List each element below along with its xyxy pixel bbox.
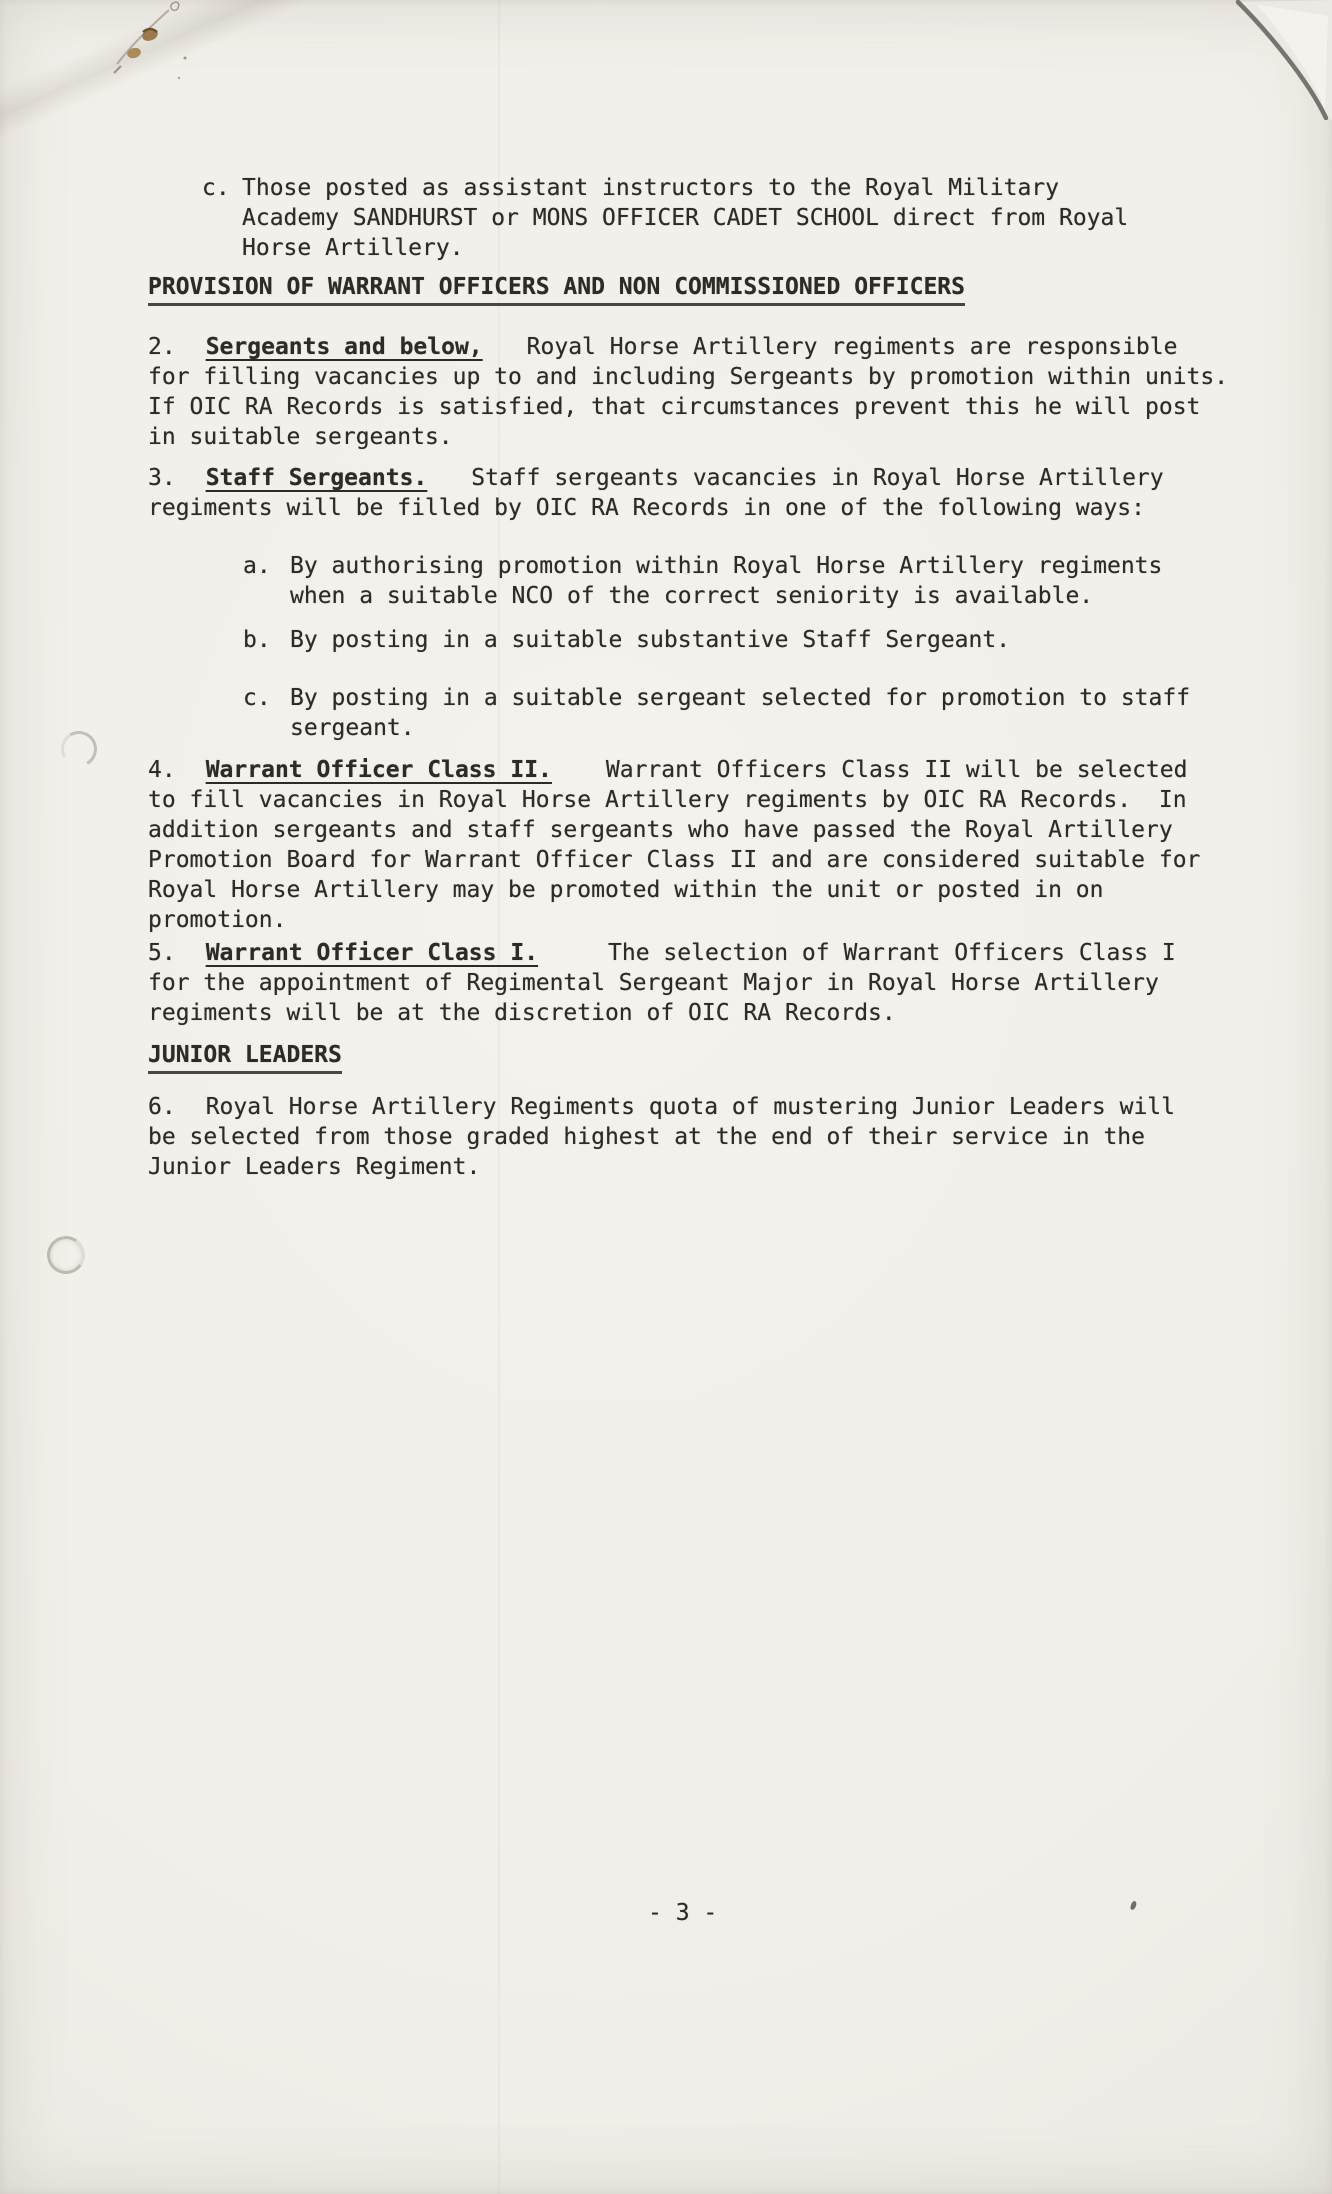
subitem-b: b.By posting in a suitable substantive S… xyxy=(243,625,1010,655)
paragraph-line: Warrant Officers Class II will be select… xyxy=(606,757,1188,783)
hole-punch-mark xyxy=(44,1233,88,1277)
section-heading-text: PROVISION OF WARRANT OFFICERS AND NON CO… xyxy=(148,272,965,306)
item-label: c. xyxy=(202,173,230,203)
page-number: - 3 - xyxy=(648,1898,717,1928)
paragraph-number: 2. xyxy=(148,334,176,360)
hole-punch-mark xyxy=(57,727,101,771)
carryover-item-c: c.Those posted as assistant instructors … xyxy=(202,173,1128,263)
paragraph-line: in suitable sergeants. xyxy=(148,422,1228,452)
paragraph-line: addition sergeants and staff sergeants w… xyxy=(148,815,1200,845)
paragraph-line: to fill vacancies in Royal Horse Artille… xyxy=(148,785,1200,815)
subitem-a: a.By authorising promotion within Royal … xyxy=(243,551,1162,611)
section-heading-provision: PROVISION OF WARRANT OFFICERS AND NON CO… xyxy=(148,272,965,306)
item-label: b. xyxy=(243,625,271,655)
paragraph-line: Royal Horse Artillery regiments are resp… xyxy=(527,334,1178,360)
item-line: Academy SANDHURST or MONS OFFICER CADET … xyxy=(242,203,1128,233)
paragraph-line: promotion. xyxy=(148,905,1200,935)
paragraph-number: 3. xyxy=(148,465,176,491)
paragraph-2-sergeants-and-below: 2.Sergeants and below,Royal Horse Artill… xyxy=(148,332,1228,452)
paragraph-number: 6. xyxy=(148,1094,176,1120)
subitem-c: c.By posting in a suitable sergeant sele… xyxy=(243,683,1190,743)
paragraph-title: Staff Sergeants. xyxy=(206,465,428,491)
paragraph-line: Junior Leaders Regiment. xyxy=(148,1152,1175,1182)
item-line: Those posted as assistant instructors to… xyxy=(242,175,1059,201)
paragraph-number: 4. xyxy=(148,757,176,783)
scanned-document-page: c.Those posted as assistant instructors … xyxy=(0,0,1332,2194)
item-line: Horse Artillery. xyxy=(242,233,1128,263)
paragraph-line: be selected from those graded highest at… xyxy=(148,1122,1175,1152)
paragraph-line: Promotion Board for Warrant Officer Clas… xyxy=(148,845,1200,875)
paragraph-title: Warrant Officer Class I. xyxy=(206,940,538,966)
paragraph-line: regiments will be at the discretion of O… xyxy=(148,998,1176,1028)
folded-corner xyxy=(1224,0,1332,120)
paragraph-6-junior-leaders: 6.Royal Horse Artillery Regiments quota … xyxy=(148,1092,1175,1182)
paragraph-line: The selection of Warrant Officers Class … xyxy=(608,940,1176,966)
paragraph-line: If OIC RA Records is satisfied, that cir… xyxy=(148,392,1228,422)
paragraph-line: Royal Horse Artillery may be promoted wi… xyxy=(148,875,1200,905)
item-line: By posting in a suitable sergeant select… xyxy=(290,685,1190,711)
paragraph-title: Sergeants and below, xyxy=(206,334,483,360)
paragraph-title: Warrant Officer Class II. xyxy=(206,757,552,783)
item-line: By authorising promotion within Royal Ho… xyxy=(290,553,1162,579)
paragraph-line: for filling vacancies up to and includin… xyxy=(148,362,1228,392)
item-line: sergeant. xyxy=(290,713,1190,743)
paragraph-line: Staff sergeants vacancies in Royal Horse… xyxy=(471,465,1163,491)
paragraph-5-warrant-officer-class-i: 5.Warrant Officer Class I.The selection … xyxy=(148,938,1176,1028)
paragraph-line: Royal Horse Artillery Regiments quota of… xyxy=(206,1094,1175,1120)
paragraph-number: 5. xyxy=(148,940,176,966)
page-number-text: - 3 - xyxy=(648,1898,717,1928)
paragraph-3-staff-sergeants: 3.Staff Sergeants.Staff sergeants vacanc… xyxy=(148,463,1164,523)
stray-ink-speck xyxy=(1130,1900,1138,1910)
paragraph-line: regiments will be filled by OIC RA Recor… xyxy=(148,493,1164,523)
item-label: a. xyxy=(243,551,271,581)
section-heading-junior-leaders: JUNIOR LEADERS xyxy=(148,1040,342,1074)
paragraph-4-warrant-officer-class-ii: 4.Warrant Officer Class II.Warrant Offic… xyxy=(148,755,1200,935)
section-heading-text: JUNIOR LEADERS xyxy=(148,1040,342,1074)
item-line: when a suitable NCO of the correct senio… xyxy=(290,581,1162,611)
item-label: c. xyxy=(243,683,271,713)
staple-rust-and-pencil-marks xyxy=(95,0,225,95)
paragraph-line: for the appointment of Regimental Sergea… xyxy=(148,968,1176,998)
item-line: By posting in a suitable substantive Sta… xyxy=(290,627,1010,653)
